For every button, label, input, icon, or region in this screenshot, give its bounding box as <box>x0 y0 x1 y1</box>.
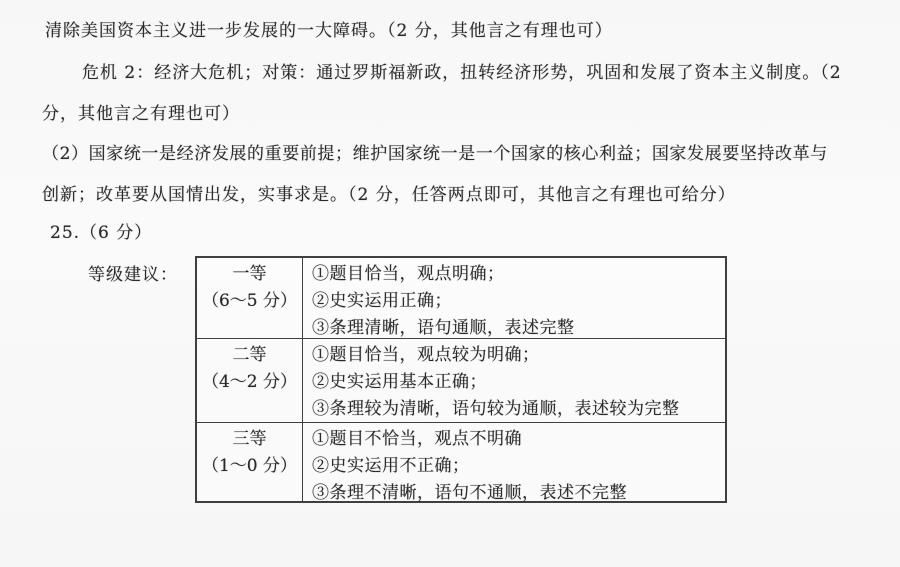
criteria-line: ③条理清晰，语句通顺，表述完整 <box>312 315 719 342</box>
criteria-line: ②史实运用基本正确； <box>312 369 719 396</box>
criteria-line: ③条理不清晰，语句不通顺，表述不完整 <box>312 480 719 507</box>
question-25-heading: 25.（6 分） <box>50 218 152 243</box>
answer-text-line-2: 危机 2：经济大危机；对策：通过罗斯福新政，扭转经济形势，巩固和发展了资本主义制… <box>82 58 842 83</box>
grade-name: 一等 <box>197 261 302 288</box>
rubric-row-grade-3: 三等 （1～0 分） ①题目不恰当，观点不明确 ②史实运用不正确； ③条理不清晰… <box>197 422 725 501</box>
rubric-row-grade-1: 一等 （6～5 分） ①题目恰当，观点明确； ②史实运用正确； ③条理清晰，语句… <box>197 258 725 338</box>
grade-cell: 三等 （1～0 分） <box>197 423 303 501</box>
answer-text-line-4: （2）国家统一是经济发展的重要前提；维护国家统一是一个国家的核心利益；国家发展要… <box>42 139 828 164</box>
criteria-line: ①题目不恰当，观点不明确 <box>312 426 719 453</box>
grade-cell: 一等 （6～5 分） <box>197 258 303 338</box>
criteria-cell: ①题目不恰当，观点不明确 ②史实运用不正确； ③条理不清晰，语句不通顺，表述不完… <box>303 423 725 501</box>
scanned-answer-key-page: 清除美国资本主义进一步发展的一大障碍。（2 分，其他言之有理也可） 危机 2：经… <box>0 0 900 567</box>
grade-name: 三等 <box>197 426 302 453</box>
criteria-line: ②史实运用正确； <box>312 288 719 315</box>
grade-score-range: （6～5 分） <box>197 288 302 315</box>
grade-score-range: （1～0 分） <box>197 453 302 480</box>
answer-text-line-5: 创新；改革要从国情出发，实事求是。（2 分，任答两点即可，其他言之有理也可给分） <box>42 180 736 205</box>
criteria-cell: ①题目恰当，观点明确； ②史实运用正确； ③条理清晰，语句通顺，表述完整 <box>303 258 725 338</box>
criteria-line: ①题目恰当，观点明确； <box>312 261 719 288</box>
grading-rubric-table: 一等 （6～5 分） ①题目恰当，观点明确； ②史实运用正确； ③条理清晰，语句… <box>195 256 727 503</box>
grade-cell: 二等 （4～2 分） <box>197 339 303 422</box>
criteria-line: ①题目恰当，观点较为明确； <box>312 342 719 369</box>
criteria-line: ③条理较为清晰，语句较为通顺，表述较为完整 <box>312 396 719 423</box>
grade-score-range: （4～2 分） <box>197 369 302 396</box>
rubric-row-grade-2: 二等 （4～2 分） ①题目恰当，观点较为明确； ②史实运用基本正确； ③条理较… <box>197 338 725 422</box>
answer-text-line-1: 清除美国资本主义进一步发展的一大障碍。（2 分，其他言之有理也可） <box>45 16 613 41</box>
grade-name: 二等 <box>197 342 302 369</box>
criteria-line: ②史实运用不正确； <box>312 453 719 480</box>
answer-text-line-3: 分，其他言之有理也可） <box>42 99 240 124</box>
grading-suggestion-label: 等级建议： <box>88 260 178 285</box>
criteria-cell: ①题目恰当，观点较为明确； ②史实运用基本正确； ③条理较为清晰，语句较为通顺，… <box>303 339 725 422</box>
